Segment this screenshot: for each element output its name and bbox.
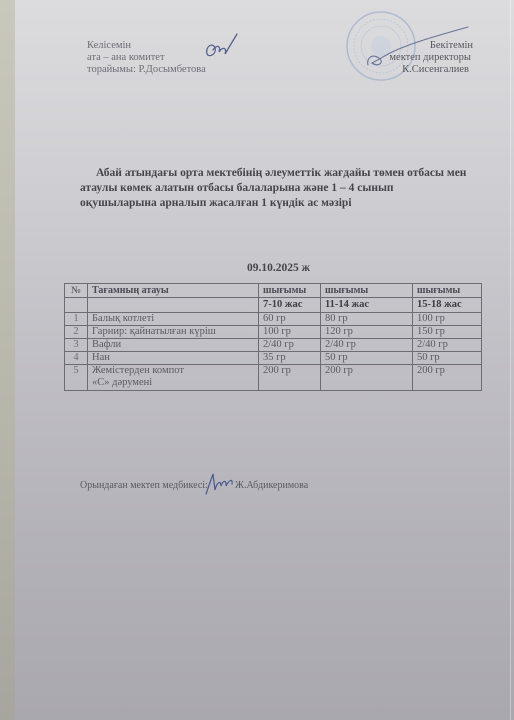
approval-left-line3: торайымы: Р.Досымбетова [87,64,206,76]
table-header-row: № Тағамның атауы шығымы шығымы шығымы [65,284,482,298]
menu-table: № Тағамның атауы шығымы шығымы шығымы 7-… [64,283,482,391]
table-row: 3 Вафли 2/40 гр 2/40 гр 2/40 гр [65,339,482,352]
paper-left-edge [0,0,15,720]
prepared-by: Орындаған мектеп медбикесі: Ж.Абдикеримо… [80,480,208,491]
header-age-3: 15-18 жас [413,298,482,313]
approval-left-line2: ата – ана комитет [87,52,206,64]
header-num: № [65,284,88,298]
nurse-signature-icon [203,470,235,496]
header-age-1: 7-10 жас [259,298,321,313]
approval-right-line1: Бекітемін [379,40,479,52]
table-row: 4 Нан 35 гр 50 гр 50 гр [65,352,482,365]
title-line2: атаулы көмек алатын отбасы балаларына жә… [80,181,514,196]
title-line1: Абай атындағы орта мектебінің әлеуметтік… [80,166,514,181]
signature-icon [203,32,243,64]
approval-director: Бекітемін мектеп директоры К.Сисенгалиев [379,40,479,76]
approval-right-line2: мектеп директоры [379,52,479,64]
table-age-row: 7-10 жас 11-14 жас 15-18 жас [65,298,482,313]
document-title: Абай атындағы орта мектебінің әлеуметтік… [80,166,514,211]
dish-name: Балық котлеті [88,313,259,326]
header-portion-2: шығымы [321,284,413,298]
prepared-by-name: Ж.Абдикеримова [235,480,308,491]
table-row: 2 Гарнир: қайнатылған күріш 100 гр 120 г… [65,326,482,339]
table-row: 5 Жемістерден компот «С» дәрумені 200 гр… [65,365,482,391]
header-dish-name: Тағамның атауы [88,284,259,298]
dish-name: Вафли [88,339,259,352]
paper-right-edge [510,0,511,720]
menu-date: 09.10.2025 ж [247,262,310,274]
prepared-by-label: Орындаған мектеп медбикесі: [80,480,208,491]
approval-left-line1: Келісемін [87,40,206,52]
dish-name: Гарнир: қайнатылған күріш [88,326,259,339]
title-line3: оқушыларына арналып жасалған 1 күндік ас… [80,196,514,211]
header-age-2: 11-14 жас [321,298,413,313]
dish-name: Жемістерден компот «С» дәрумені [88,365,259,391]
approval-right-line3: К.Сисенгалиев [379,64,479,76]
approval-parent-committee: Келісемін ата – ана комитет торайымы: Р.… [87,40,206,76]
table-row: 1 Балық котлеті 60 гр 80 гр 100 гр [65,313,482,326]
header-portion-3: шығымы [413,284,482,298]
dish-name: Нан [88,352,259,365]
header-portion-1: шығымы [259,284,321,298]
